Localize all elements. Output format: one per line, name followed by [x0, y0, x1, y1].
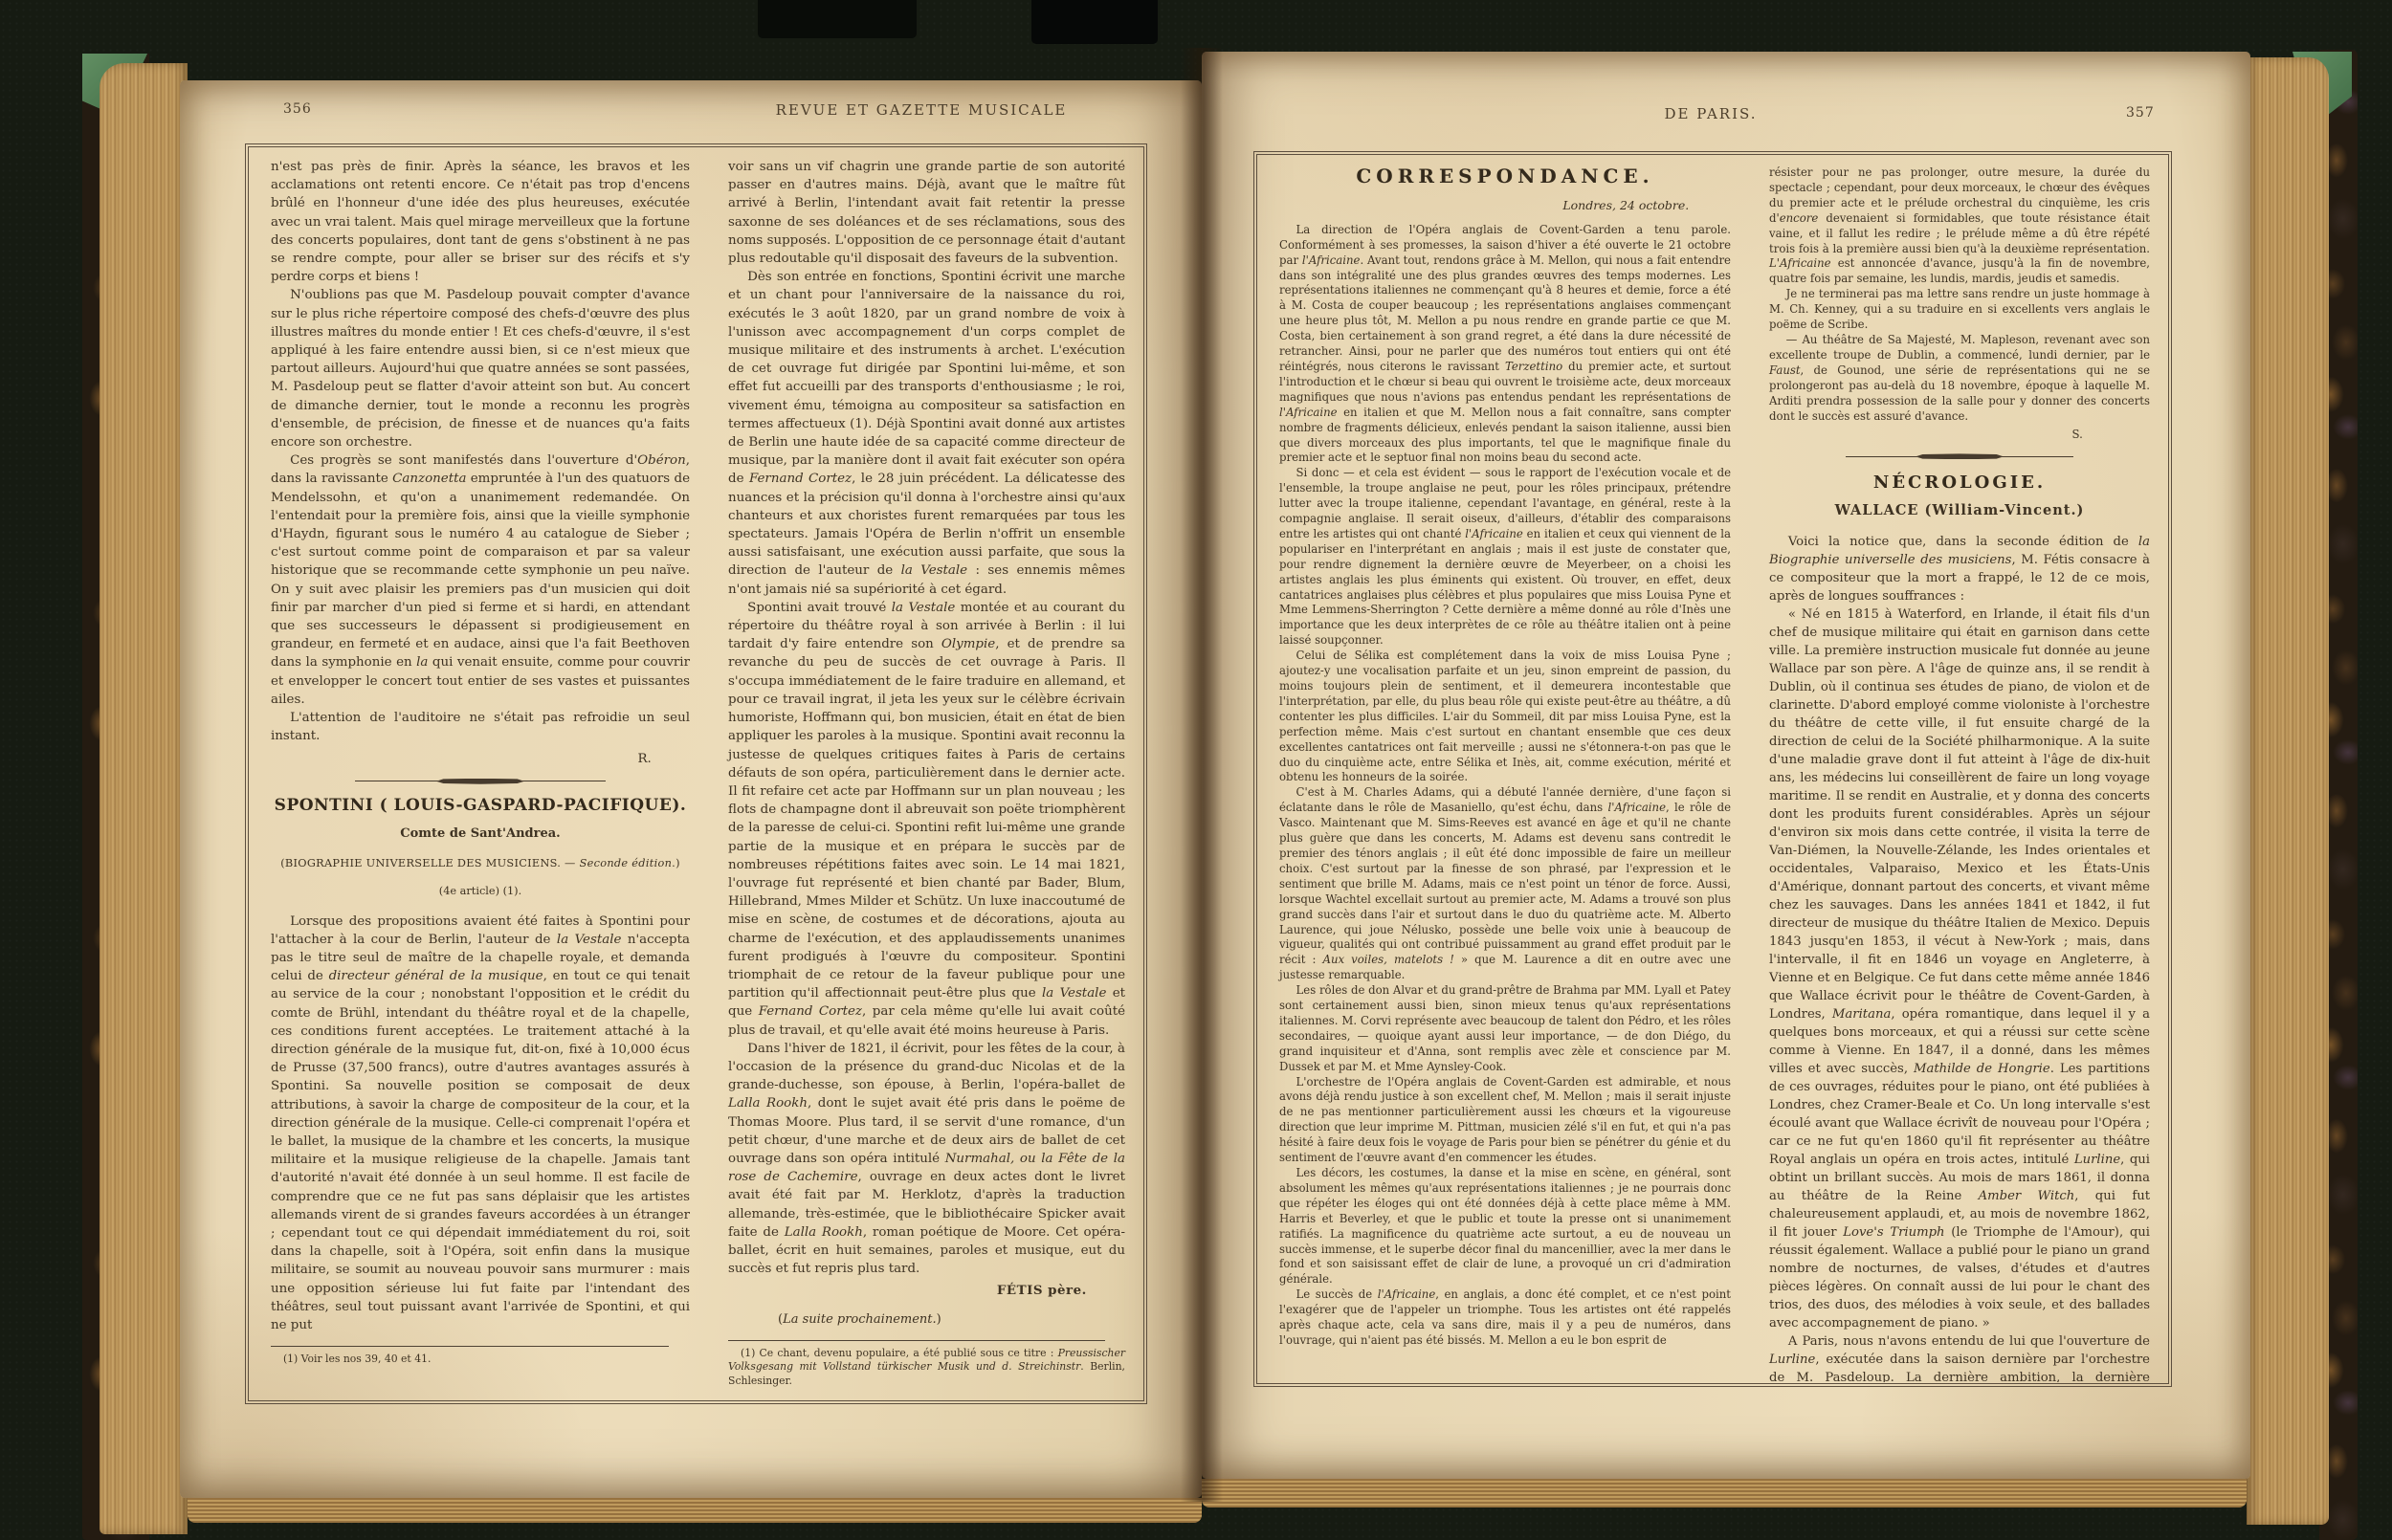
column-357-2: résister pour ne pas prolonger, outre me… — [1748, 156, 2167, 1382]
page-edge-bottom-right — [1202, 1479, 2247, 1507]
continuation-note: (La suite prochainement.) — [728, 1310, 1125, 1329]
paragraph: voir sans un vif chagrin une grande part… — [728, 158, 1125, 268]
paragraph: Voici la notice que, dans la seconde édi… — [1769, 533, 2150, 605]
section-heading: CORRESPONDANCE. — [1279, 169, 1731, 185]
page-edge-stack-right — [2247, 57, 2329, 1525]
signature: FÉTIS père. — [728, 1282, 1125, 1300]
paragraph: n'est pas près de finir. Après la séance… — [271, 158, 690, 286]
paragraph: « Né en 1815 à Waterford, en Irlande, il… — [1769, 605, 2150, 1332]
paragraph: N'oublions pas que M. Pasdeloup pouvait … — [271, 286, 690, 451]
article-title: SPONTINI ( LOUIS-GASPARD-PACIFIQUE). — [271, 797, 690, 815]
backdrop-object-right — [1031, 0, 1158, 44]
paragraph: Celui de Sélika est complétement dans la… — [1279, 649, 1731, 785]
page-number-left: 356 — [283, 101, 312, 117]
footnote-rule — [271, 1346, 669, 1347]
paragraph: Je ne terminerai pas ma lettre sans rend… — [1769, 287, 2150, 333]
article-part-note: (4e article) (1). — [271, 882, 690, 900]
paragraph: Si donc — et cela est évident — sous le … — [1279, 466, 1731, 649]
paragraph: Les rôles de don Alvar et du grand-prêtr… — [1279, 983, 1731, 1074]
paragraph: C'est à M. Charles Adams, qui a débuté l… — [1279, 785, 1731, 983]
page-edge-bottom-left — [188, 1498, 1202, 1523]
running-title-right: DE PARIS. — [1664, 105, 1757, 122]
paragraph: Dès son entrée en fonctions, Spontini éc… — [728, 268, 1125, 599]
paragraph: A Paris, nous n'avons entendu de lui que… — [1769, 1332, 2150, 1382]
backdrop-object-left — [758, 0, 917, 38]
column-356-1: n'est pas près de finir. Après la séance… — [250, 148, 707, 1399]
paragraph: résister pour ne pas prolonger, outre me… — [1769, 165, 2150, 287]
article-subtitle: Comte de Sant'Andrea. — [271, 825, 690, 843]
page-left: 356 REVUE ET GAZETTE MUSICALE n'est pas … — [180, 80, 1202, 1498]
paragraph: Le succès de l'Africaine, en anglais, a … — [1279, 1287, 1731, 1349]
column-357-1: CORRESPONDANCE.Londres, 24 octobre.La di… — [1258, 156, 1748, 1382]
signature: S. — [1769, 428, 2150, 443]
paragraph: — Au théâtre de Sa Majesté, M. Mapleson,… — [1769, 333, 2150, 424]
scanned-book-spread: 356 REVUE ET GAZETTE MUSICALE n'est pas … — [0, 0, 2392, 1540]
text-frame-left: n'est pas près de finir. Après la séance… — [245, 143, 1147, 1404]
signature: R. — [271, 750, 690, 768]
paragraph: Dans l'hiver de 1821, il écrivit, pour l… — [728, 1040, 1125, 1279]
ornamental-divider — [355, 778, 607, 785]
footnote: (1) Ce chant, devenu populaire, a été pu… — [728, 1347, 1125, 1389]
text-frame-right: CORRESPONDANCE.Londres, 24 octobre.La di… — [1253, 151, 2172, 1387]
page-edge-stack-left — [100, 63, 188, 1534]
running-head-left: 356 REVUE ET GAZETTE MUSICALE — [180, 101, 1202, 122]
page-right: DE PARIS. 357 CORRESPONDANCE.Londres, 24… — [1202, 52, 2250, 1479]
paragraph: Lorsque des propositions avaient été fai… — [271, 913, 690, 1335]
running-title-left: REVUE ET GAZETTE MUSICALE — [776, 101, 1068, 119]
running-head-right: DE PARIS. 357 — [1202, 105, 2250, 126]
ornamental-divider — [1846, 452, 2074, 460]
page-number-right: 357 — [2126, 105, 2155, 121]
paragraph: L'orchestre de l'Opéra anglais de Covent… — [1279, 1075, 1731, 1166]
article-source: (BIOGRAPHIE UNIVERSELLE DES MUSICIENS. —… — [271, 854, 690, 872]
footnote: (1) Voir les nos 39, 40 et 41. — [271, 1353, 690, 1367]
footnote-rule — [728, 1340, 1105, 1341]
paragraph: Les décors, les costumes, la danse et la… — [1279, 1166, 1731, 1287]
paragraph: La direction de l'Opéra anglais de Coven… — [1279, 223, 1731, 467]
dateline: Londres, 24 octobre. — [1279, 198, 1731, 213]
article-subtitle: WALLACE (William-Vincent.) — [1769, 501, 2150, 519]
paragraph: Ces progrès se sont manifestés dans l'ou… — [271, 451, 690, 709]
paragraph: L'attention de l'auditoire ne s'était pa… — [271, 709, 690, 745]
section-heading: NÉCROLOGIE. — [1769, 473, 2150, 492]
paragraph: Spontini avait trouvé la Vestale montée … — [728, 599, 1125, 1040]
column-356-2: voir sans un vif chagrin une grande part… — [707, 148, 1142, 1399]
